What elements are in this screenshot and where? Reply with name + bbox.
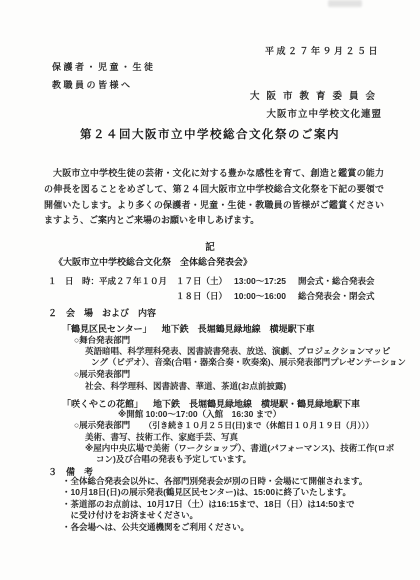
venue1-access: 地下鉄 長堀鶴見緑地線 横堤駅下車 (162, 324, 315, 334)
ki-marker: 記 (0, 239, 420, 253)
item2-label: ２ 会 場 および 内容 (48, 306, 156, 319)
schedule-date: １８日（日） (176, 289, 234, 304)
venue1-name: 「鶴見区民センター」 (62, 324, 152, 334)
schedule-time: 10:00〜16:00 (234, 289, 298, 304)
venue1-exhibit-dept-title: ○展示発表部門 (74, 368, 130, 380)
schedule-event: 総合発表会・閉会式 (298, 289, 375, 304)
remark-item-continuation: に受け付けをお済ませください。 (62, 510, 367, 521)
item1-label: １ 日 時：平成２７年１０月 (48, 274, 176, 289)
schedule-date: １７日（土） (176, 274, 234, 289)
venue1-stage-line2: ング（ビデオ）、音楽(合唱・器楽合奏・吹奏楽)、展示発表部門プレゼンテーション (91, 356, 406, 368)
recipient-line-1: 保護者・児童・生徒 (52, 58, 156, 76)
recipient-line-2: 教職員の皆様へ (52, 76, 156, 94)
schedule-time: 13:00〜17:25 (234, 274, 298, 289)
scanned-document-page: 平成２７年９月２５日 保護者・児童・生徒 教職員の皆様へ 大阪市教育委員会 大阪… (0, 0, 420, 580)
scan-artifact (328, 0, 362, 7)
recipient-block: 保護者・児童・生徒 教職員の皆様へ (52, 58, 156, 94)
event-heading: 《大阪市立中学校総合文化祭 全体総合発表会》 (54, 255, 252, 268)
venue1-exhibit-line1: 社会、科学理科、図書読書、華道、茶道(お点前披露) (85, 380, 286, 392)
remarks-list: ・全体総合発表会以外に、各部門別発表会が別の日時・会場にて開催されます。 ・10… (62, 476, 367, 533)
schedule-block: １ 日 時：平成２７年１０月 １７日（土） 13:00〜17:25 開会式・総合… (48, 274, 375, 303)
remark-item: ・10月18日(日)の展示発表(鶴見区民センター)は、15:00に終了いたします… (62, 487, 367, 498)
remark-item: ・茶道部のお点前は、10月17日（土）は16:15まで、18日（日）は14:50… (62, 499, 367, 510)
greeting-paragraph: 大阪市立中学校生徒の芸術・文化に対する豊かな感性を育て、創造と鑑賞の能力の伸長を… (44, 166, 384, 229)
schedule-row: １８日（日） 10:00〜16:00 総合発表会・閉会式 (48, 289, 375, 304)
sender-line-1: 大阪市教育委員会 (250, 88, 382, 106)
schedule-event: 開会式・総合発表会 (298, 274, 375, 289)
schedule-row: １ 日 時：平成２７年１０月 １７日（土） 13:00〜17:25 開会式・総合… (48, 274, 375, 289)
sender-block: 大阪市教育委員会 大阪市立中学校文化連盟 (250, 88, 382, 123)
document-title: 第２４回大阪市立中学校総合文化祭のご案内 (0, 126, 420, 142)
sender-line-2: 大阪市立中学校文化連盟 (250, 106, 382, 124)
remark-item: ・全体総合発表会以外に、各部門別発表会が別の日時・会場にて開催されます。 (62, 476, 367, 487)
venue2-exhibit-dept-title: ○展示発表部門（引き続き１０月２５日(日)まで（休館日１０月１９日（月））） (74, 419, 373, 431)
venue2-exhibit-line3: コン)及び合唱の発表も予定しています。 (96, 453, 251, 465)
venue2-exhibit-period-note: （引き続き１０月２５日(日)まで（休館日１０月１９日（月））） (144, 421, 373, 430)
remark-item: ・各会場へは、公共交通機関をご利用ください。 (62, 522, 367, 533)
document-date: 平成２７年９月２５日 (265, 44, 380, 57)
